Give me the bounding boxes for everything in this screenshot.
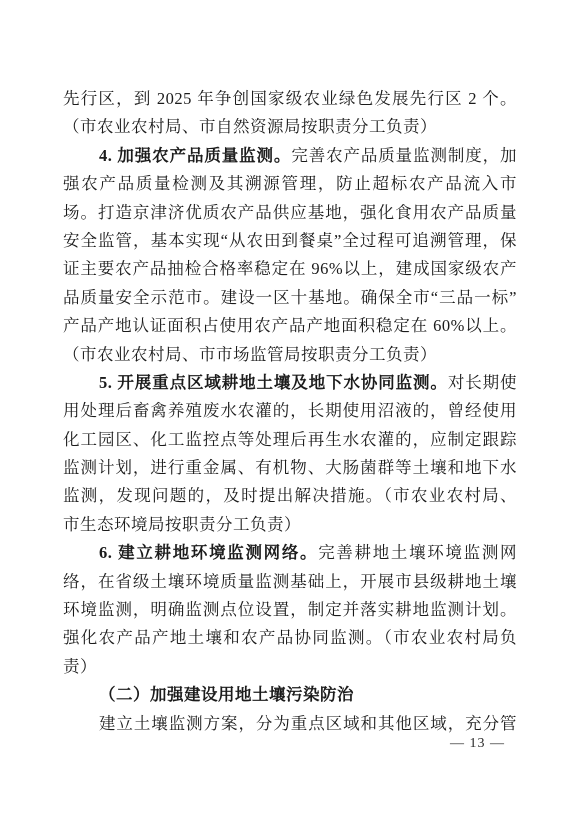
body-text: 用处理后畜禽养殖废水农灌的，长期使用沼液的，曾经使用 (63, 401, 517, 420)
body-text: 化工园区、化工监控点等处理后再生水农灌的，应制定跟踪 (63, 430, 517, 449)
body-text: 强农产品质量检测及其溯源管理，防止超标农产品流入市 (63, 174, 517, 193)
body-text: 监测，发现问题的，及时提出解决措施。 (63, 486, 384, 505)
body-text: 络，在省级土壤环境质量监测基础上，开展市县级耕地土壤 (63, 572, 517, 591)
text-line: 市生态环境局按职责分工负责） (63, 511, 517, 539)
text-line: 监测计划，进行重金属、有机物、大肠菌群等土壤和地下水 (63, 454, 517, 482)
text-line: （二）加强建设用地土壤污染防治 (63, 681, 517, 709)
body-text: 完善耕地土壤环境监测网 (318, 543, 517, 562)
body-text: 安全监管，基本实现“从农田到餐桌”全过程可追溯管理，保 (63, 231, 517, 250)
heading-text: 5. 开展重点区域耕地土壤及地下水协同监测。 (99, 373, 448, 392)
text-line: 4. 加强农产品质量监测。完善农产品质量监测制度，加 (63, 142, 517, 170)
text-line: 络，在省级土壤环境质量监测基础上，开展市县级耕地土壤 (63, 568, 517, 596)
heading-text: 4. 加强农产品质量监测。 (99, 146, 291, 165)
text-line: 用处理后畜禽养殖废水农灌的，长期使用沼液的，曾经使用 (63, 397, 517, 425)
body-text: 场。打造京津济优质农产品供应基地，强化食用农产品质量 (63, 203, 517, 222)
heading-text: （二）加强建设用地土壤污染防治 (99, 685, 354, 704)
attribution-text: 市生态环境局按职责分工负责） (63, 515, 301, 534)
document-page: 先行区，到 2025 年争创国家级农业绿色发展先行区 2 个。（市农业农村局、市… (0, 0, 578, 818)
text-line: 产品产地认证面积占使用农产品产地面积稳定在 60%以上。 (63, 312, 517, 340)
body-text: 先行区，到 2025 年争创国家级农业绿色发展先行区 2 个。 (63, 89, 517, 108)
text-line: 责） (63, 653, 517, 681)
attribution-text: （市农业农村局、市自然资源局按职责分工负责） (63, 117, 437, 136)
document-body: 先行区，到 2025 年争创国家级农业绿色发展先行区 2 个。（市农业农村局、市… (63, 85, 517, 738)
body-text: 监测计划，进行重金属、有机物、大肠菌群等土壤和地下水 (63, 458, 517, 477)
text-line: 品质量安全示范市。建设一区十基地。确保全市“三品一标” (63, 284, 517, 312)
page-number: — 13 — (450, 734, 505, 754)
text-line: 强化农产品产地土壤和农产品协同监测。（市农业农村局负 (63, 624, 517, 652)
body-text: 产品产地认证面积占使用农产品产地面积稳定在 60%以上。 (63, 316, 517, 335)
text-line: （市农业农村局、市自然资源局按职责分工负责） (63, 113, 517, 141)
attribution-text: （市农业农村局负 (384, 628, 517, 647)
body-text: 证主要农产品抽检合格率稳定在 96%以上，建成国家级农产 (63, 259, 517, 278)
text-line: 安全监管，基本实现“从农田到餐桌”全过程可追溯管理，保 (63, 227, 517, 255)
text-line: 场。打造京津济优质农产品供应基地，强化食用农产品质量 (63, 199, 517, 227)
body-text: 环境监测，明确监测点位设置，制定并落实耕地监测计划。 (63, 600, 517, 619)
body-text: 对长期使 (448, 373, 517, 392)
text-line: 先行区，到 2025 年争创国家级农业绿色发展先行区 2 个。 (63, 85, 517, 113)
text-line: 强农产品质量检测及其溯源管理，防止超标农产品流入市 (63, 170, 517, 198)
text-line: 6. 建立耕地环境监测网络。完善耕地土壤环境监测网 (63, 539, 517, 567)
text-line: 化工园区、化工监控点等处理后再生水农灌的，应制定跟踪 (63, 426, 517, 454)
attribution-text: （市农业农村局、 (384, 486, 517, 505)
text-line: （市农业农村局、市市场监管局按职责分工负责） (63, 341, 517, 369)
attribution-text: 责） (63, 657, 97, 676)
text-line: 监测，发现问题的，及时提出解决措施。（市农业农村局、 (63, 482, 517, 510)
attribution-text: （市农业农村局、市市场监管局按职责分工负责） (63, 345, 437, 364)
body-text: 强化农产品产地土壤和农产品协同监测。 (63, 628, 384, 647)
text-line: 证主要农产品抽检合格率稳定在 96%以上，建成国家级农产 (63, 255, 517, 283)
text-line: 环境监测，明确监测点位设置，制定并落实耕地监测计划。 (63, 596, 517, 624)
body-text: 完善农产品质量监测制度，加 (291, 146, 517, 165)
text-line: 建立土壤监测方案，分为重点区域和其他区域，充分管 (63, 710, 517, 738)
body-text: 品质量安全示范市。建设一区十基地。确保全市“三品一标” (63, 288, 517, 307)
heading-text: 6. 建立耕地环境监测网络。 (99, 543, 318, 562)
body-text: 建立土壤监测方案，分为重点区域和其他区域，充分管 (99, 714, 517, 733)
text-line: 5. 开展重点区域耕地土壤及地下水协同监测。对长期使 (63, 369, 517, 397)
